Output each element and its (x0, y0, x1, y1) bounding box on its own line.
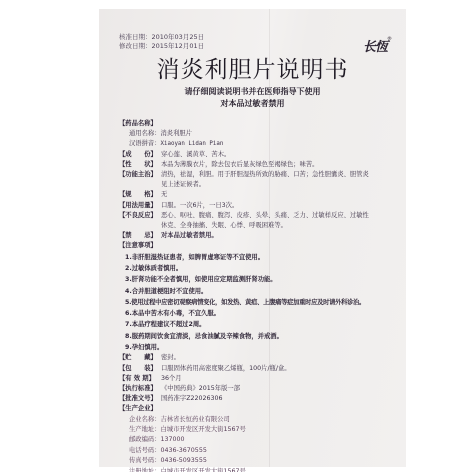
manufacturer-company-name: 企业名称：吉林省长恒药业有限公司 (119, 415, 397, 425)
precaution-item: 4.合并胆道梗阻时不宜使用。 (119, 286, 397, 297)
section-dosage: 【用法用量】口服。一次6片，一日3次。 (119, 201, 397, 211)
section-description: 【性 状】本品为薄膜衣片，除去包衣后显灰绿色至褐绿色；味苦。 (119, 160, 397, 170)
manufacturer-fax: 传真号码：0436-5093555 (119, 456, 397, 466)
allergy-warning-subtitle: 对本品过敏者禁用 (99, 98, 406, 109)
section-adverse-reactions-cont: 休克、全身抽搐、失眠、心悸、呼吸困难等。 (119, 221, 397, 231)
instruction-subtitle: 请仔细阅读说明书并在医师指导下使用 (99, 86, 406, 97)
manufacturer-phone: 电话号码：0436-3670555 (119, 446, 397, 456)
generic-name-row: 通用名称：消炎利胆片 (119, 129, 397, 139)
manufacturer-postal-code: 邮政编码：137000 (119, 435, 397, 445)
revision-date: 修改日期：2015年12月01日 (119, 42, 204, 51)
brand-logo: 长恆® (363, 36, 391, 55)
section-packaging: 【包 装】口服固体药用高密度聚乙烯瓶，100片/瓶/盒。 (119, 364, 397, 374)
precaution-item: 3.肝肾功能不全者慎用，如使用应定期监测肝肾功能。 (119, 274, 397, 285)
precaution-item: 8.服药期间饮食宜清淡，忌食油腻及辛辣食物，并戒酒。 (119, 331, 397, 342)
precaution-item: 9.孕妇慎用。 (119, 342, 397, 353)
section-specification: 【规 格】无 (119, 190, 397, 200)
document-title: 消炎利胆片说明书 (99, 56, 406, 84)
package-insert-sheet: 核准日期：2010年03月25日 修改日期：2015年12月01日 长恆® 消炎… (99, 9, 406, 467)
dates-block: 核准日期：2010年03月25日 修改日期：2015年12月01日 (119, 33, 204, 51)
section-contraindications: 【禁 忌】对本品过敏者禁用。 (119, 231, 397, 241)
manufacturer-registered-address: 注册地址：白城市开发区开发大街1567号 (119, 467, 397, 472)
precaution-item: 6.本品中苦木有小毒，不宜久服。 (119, 308, 397, 319)
section-standard: 【执行标准】《中国药典》2015年版一部 (119, 384, 397, 394)
precaution-item: 1.非肝胆湿热证患者，如脾胃虚寒证等不宜使用。 (119, 252, 397, 263)
registered-mark: ® (387, 36, 391, 42)
section-shelf-life: 【有 效 期】36个月 (119, 374, 397, 384)
insert-body: 【药品名称】 通用名称：消炎利胆片 汉语拼音：Xiaoyan Lidan Pia… (119, 119, 397, 472)
manufacturer-production-address: 生产地址：白城市开发区开发大街1567号 (119, 425, 397, 435)
pinyin-row: 汉语拼音：Xiaoyan Lidan Pian (119, 139, 397, 149)
precaution-item: 7.本品疗程建议不超过2周。 (119, 319, 397, 330)
section-indications: 【功能主治】清热，祛湿，利胆。用于肝胆湿热所致的胁痛、口苦；急性胆囊炎、胆管炎 (119, 170, 397, 180)
section-drug-name: 【药品名称】 (119, 119, 397, 129)
precaution-item: 5.使用过程中应密切观察病情变化，如发热、黄疸、上腹痛等症加重时应及时请外科诊治… (119, 297, 397, 308)
approval-date: 核准日期：2010年03月25日 (119, 33, 204, 42)
section-precautions: 【注意事项】 (119, 241, 397, 251)
section-indications-cont: 见上述证候者。 (119, 180, 397, 190)
section-approval-number: 【批准文号】国药准字Z22026306 (119, 394, 397, 404)
precaution-item: 2.过敏体质者慎用。 (119, 263, 397, 274)
section-adverse-reactions: 【不良反应】恶心、呕吐、腹痛、腹泻、皮疹、头晕、头痛、乏力、过敏样反应、过敏性 (119, 211, 397, 221)
section-ingredients: 【成 份】穿心莲、溪黄草、苦木。 (119, 150, 397, 160)
section-manufacturer: 【生产企业】 (119, 404, 397, 414)
section-storage: 【贮 藏】密封。 (119, 353, 397, 363)
